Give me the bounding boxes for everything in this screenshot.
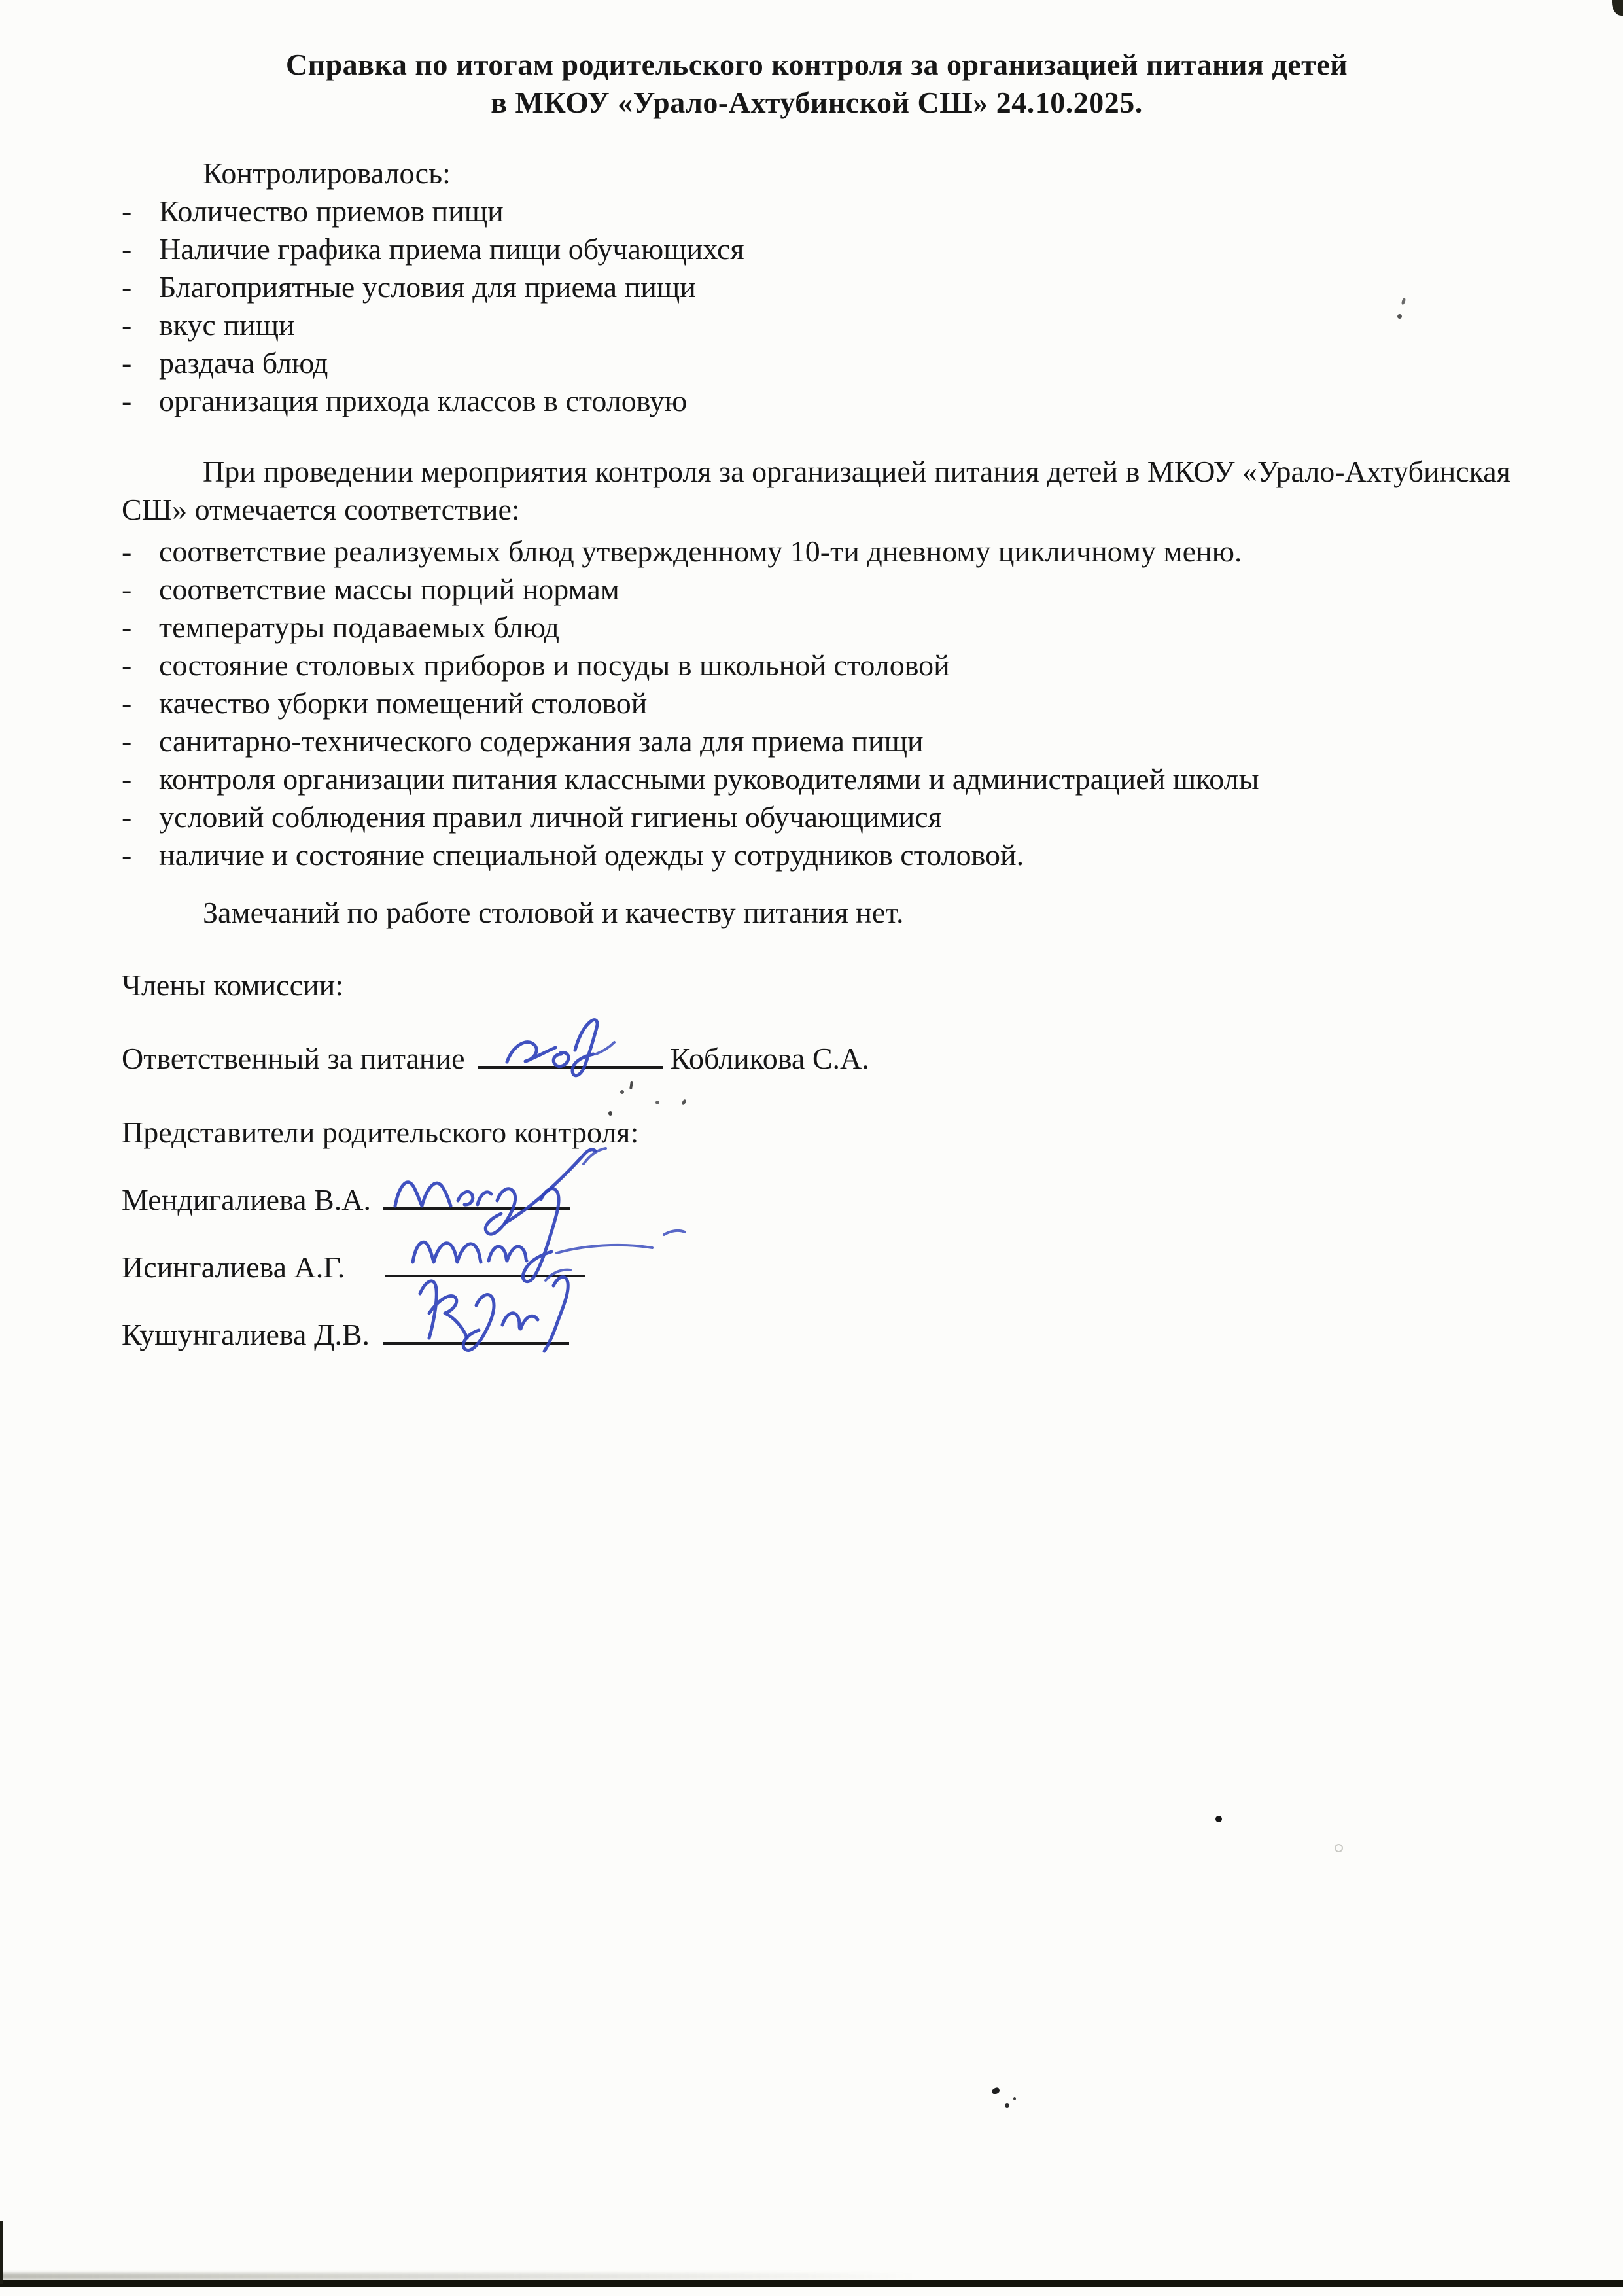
signature-line [478,1044,663,1069]
list-item: -Количество приемов пищи [122,192,1512,230]
signature-line [383,1320,569,1345]
scan-speck [1013,2097,1016,2100]
document-content: Справка по итогам родительского контроля… [122,46,1512,1354]
list-item: -наличие и состояние специальной одежды … [122,836,1512,874]
representative-name: Кушунгалиева Д.В. [122,1318,370,1351]
scan-speck [991,2087,1000,2095]
scan-speck [1335,1844,1343,1852]
dash-marker: - [122,684,159,722]
representatives-heading: Представители родительского контроля: [122,1114,1512,1152]
list-item-text: Количество приемов пищи [159,192,504,230]
responsible-signature-row: Ответственный за питание Кобликова С.А. [122,1040,1512,1078]
dash-marker: - [122,760,159,798]
scan-artifact-fuzz [0,2273,916,2280]
list-item-text: соответствие реализуемых блюд утвержденн… [159,533,1242,571]
representative-row: Мендигалиева В.А. [122,1181,1512,1219]
dash-marker: - [122,571,159,609]
list-item: -организация прихода классов в столовую [122,382,1512,420]
scan-speck [1215,1816,1222,1822]
controlled-heading: Контролировалось: [122,154,1512,192]
list-item-text: наличие и состояние специальной одежды у… [159,836,1024,874]
list-item: -Благоприятные условия для приема пищи [122,268,1512,306]
responsible-label: Ответственный за питание [122,1042,465,1075]
scan-speck [620,1090,624,1094]
list-item-text: контроля организации питания классными р… [159,760,1259,798]
list-item-text: вкус пищи [159,306,295,344]
list-item: -условий соблюдения правил личной гигиен… [122,798,1512,836]
dash-marker: - [122,533,159,571]
scan-speck [1397,314,1402,319]
list-item-text: Благоприятные условия для приема пищи [159,268,696,306]
representative-name: Исингалиева А.Г. [122,1250,345,1284]
scanned-document: { "doc": { "dash": "-", "title_line1": "… [0,0,1623,2296]
dash-marker: - [122,798,159,836]
no-remarks-line: Замечаний по работе столовой и качеству … [122,894,1512,932]
list-item: -состояние столовых приборов и посуды в … [122,646,1512,684]
dash-marker: - [122,344,159,382]
list-item-text: условий соблюдения правил личной гигиены… [159,798,942,836]
dash-marker: - [122,646,159,684]
dash-marker: - [122,722,159,760]
dash-marker: - [122,192,159,230]
signature-kushungalieva [406,1257,602,1368]
list-item: -температуры подаваемых блюд [122,609,1512,646]
scan-speck [608,1111,612,1116]
compliance-list: -соответствие реализуемых блюд утвержден… [122,533,1512,874]
title-line-2: в МКОУ «Урало-Ахтубинской СШ» 24.10.2025… [122,84,1512,122]
list-item-text: организация прихода классов в столовую [159,382,687,420]
scan-speck [655,1101,659,1104]
dash-marker: - [122,609,159,646]
list-item: -соответствие реализуемых блюд утвержден… [122,533,1512,571]
list-item-text: соответствие массы порций нормам [159,571,620,609]
commission-heading: Члены комиссии: [122,966,1512,1004]
list-item: -контроля организации питания классными … [122,760,1512,798]
representative-row: Исингалиева А.Г. [122,1248,1512,1286]
title-line-1: Справка по итогам родительского контроля… [122,46,1512,84]
controlled-list: -Количество приемов пищи -Наличие график… [122,192,1512,420]
list-item: -Наличие графика приема пищи обучающихся [122,230,1512,268]
dash-marker: - [122,836,159,874]
signature-koblikova [498,999,629,1084]
list-item: -соответствие массы порций нормам [122,571,1512,609]
dash-marker: - [122,230,159,268]
list-item-text: качество уборки помещений столовой [159,684,647,722]
list-item: -раздача блюд [122,344,1512,382]
list-item-text: санитарно-технического содержания зала д… [159,722,924,760]
document-title: Справка по итогам родительского контроля… [122,46,1512,122]
dash-marker: - [122,306,159,344]
list-item-text: состояние столовых приборов и посуды в ш… [159,646,950,684]
list-item: -санитарно-технического содержания зала … [122,722,1512,760]
representative-row: Кушунгалиева Д.В. [122,1316,1512,1354]
responsible-name: Кобликова С.А. [671,1042,869,1075]
scan-artifact-corner [1612,0,1623,16]
list-item: -качество уборки помещений столовой [122,684,1512,722]
representative-name: Мендигалиева В.А. [122,1183,371,1216]
compliance-intro: При проведении мероприятия контроля за о… [122,453,1512,529]
list-item-text: температуры подаваемых блюд [159,609,559,646]
dash-marker: - [122,382,159,420]
list-item: -вкус пищи [122,306,1512,344]
scan-speck [1005,2103,1009,2108]
list-item-text: Наличие графика приема пищи обучающихся [159,230,744,268]
scan-artifact-left-edge [0,2221,3,2284]
dash-marker: - [122,268,159,306]
scan-artifact-bottom-edge [0,2280,1623,2287]
list-item-text: раздача блюд [159,344,328,382]
